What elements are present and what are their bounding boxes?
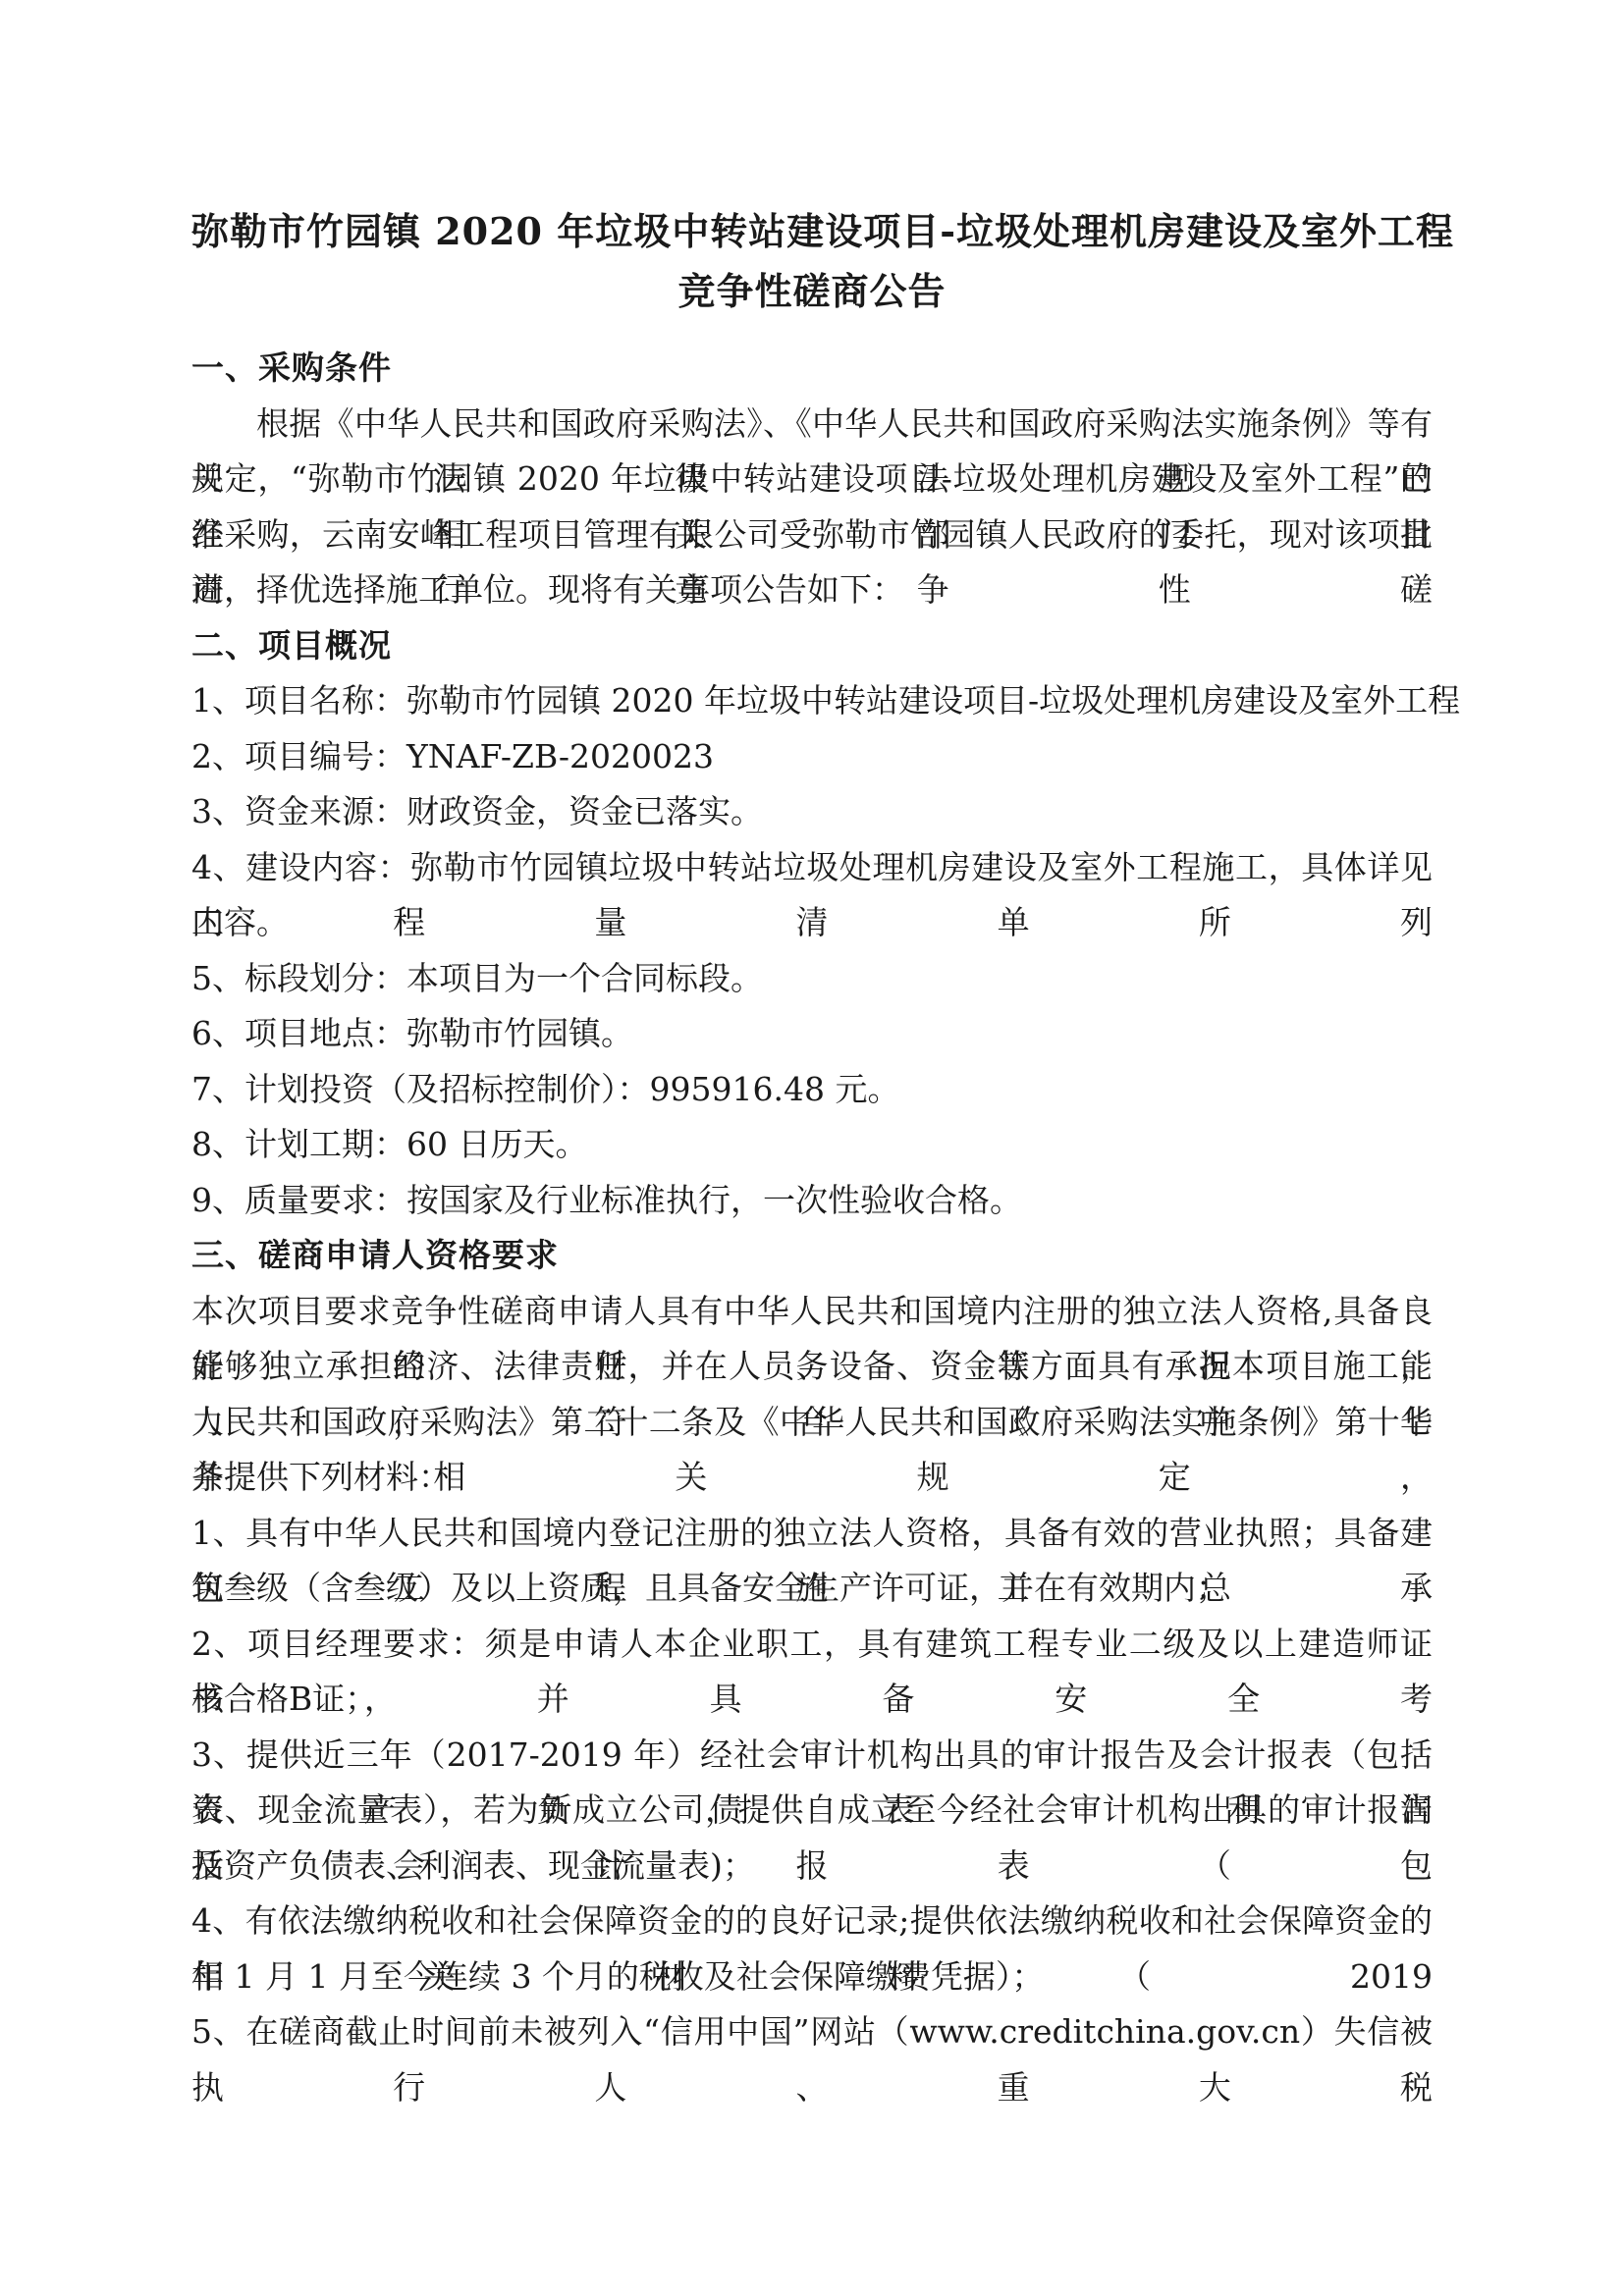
text-line: 人民共和国政府采购法》第二十二条及《中华人民共和国政府采购法实施条例》第十七条相… [191, 1395, 1433, 1451]
section-heading: 一、采购条件 [191, 341, 1433, 397]
text-line: 5、在磋商截止时间前未被列入“信用中国”网站（www.creditchina.g… [191, 2004, 1433, 2060]
document-title-line2: 竞争性磋商公告 [191, 261, 1433, 321]
text-line: 5、标段划分：本项目为一个合同标段。 [191, 951, 1433, 1007]
text-line: 2、项目编号：YNAF-ZB-2020023 [191, 729, 1433, 785]
text-line: 能够独立承担经济、法律责任，并在人员、设备、资金等方面具有承担本项目施工能力，符… [191, 1339, 1433, 1395]
text-line: 8、计划工期：60 日历天。 [191, 1117, 1433, 1173]
text-line: 2、项目经理要求：须是申请人本企业职工，具有建筑工程专业二级及以上建造师证书，并… [191, 1617, 1433, 1673]
text-line: 规定，“弥勒市竹园镇 2020 年垃圾中转站建设项目-垃圾处理机房建设及室外工程… [191, 452, 1433, 507]
text-line: 本次项目要求竞争性磋商申请人具有中华人民共和国境内注册的独立法人资格,具备良好的… [191, 1284, 1433, 1340]
document-title: 弥勒市竹园镇 2020 年垃圾中转站建设项目-垃圾处理机房建设及室外工程 竞争性… [191, 201, 1433, 321]
text-line: 4、建设内容：弥勒市竹园镇垃圾中转站垃圾处理机房建设及室外工程施工，具体详见工程… [191, 840, 1433, 896]
text-line: 3、资金来源：财政资金，资金已落实。 [191, 784, 1433, 840]
text-line: 表、现金流量表），若为新成立公司，提供自成立至今经社会审计机构出具的审计报告及会… [191, 1783, 1433, 1839]
document-title-line1: 弥勒市竹园镇 2020 年垃圾中转站建设项目-垃圾处理机房建设及室外工程 [191, 201, 1433, 261]
text-line: 6、项目地点：弥勒市竹园镇。 [191, 1006, 1433, 1062]
text-line: 4、有依法缴纳税收和社会保障资金的的良好记录;提供依法缴纳税收和社会保障资金的相… [191, 1894, 1433, 1949]
section-heading: 二、项目概况 [191, 618, 1433, 674]
text-line: 根据《中华人民共和国政府采购法》、《中华人民共和国政府采购法实施条例》等有关法律… [191, 397, 1433, 453]
text-line: 3、提供近三年（2017-2019 年）经社会审计机构出具的审计报告及会计报表（… [191, 1728, 1433, 1784]
document-page: 弥勒市竹园镇 2020 年垃圾中转站建设项目-垃圾处理机房建设及室外工程 竞争性… [0, 0, 1624, 2296]
document-body: 一、采购条件根据《中华人民共和国政府采购法》、《中华人民共和国政府采购法实施条例… [191, 341, 1433, 2060]
section-heading: 三、磋商申请人资格要求 [191, 1228, 1433, 1284]
text-line: 1、具有中华人民共和国境内登记注册的独立法人资格，具备有效的营业执照；具备建筑工… [191, 1506, 1433, 1562]
text-line: 9、质量要求：按国家及行业标准执行，一次性验收合格。 [191, 1173, 1433, 1229]
text-line: 1、项目名称：弥勒市竹园镇 2020 年垃圾中转站建设项目-垃圾处理机房建设及室… [191, 673, 1433, 729]
text-line: 准采购，云南安峰工程项目管理有限公司受弥勒市竹园镇人民政府的委托，现对该项目进行… [191, 507, 1433, 563]
text-line: 7、计划投资（及招标控制价）：995916.48 元。 [191, 1062, 1433, 1118]
